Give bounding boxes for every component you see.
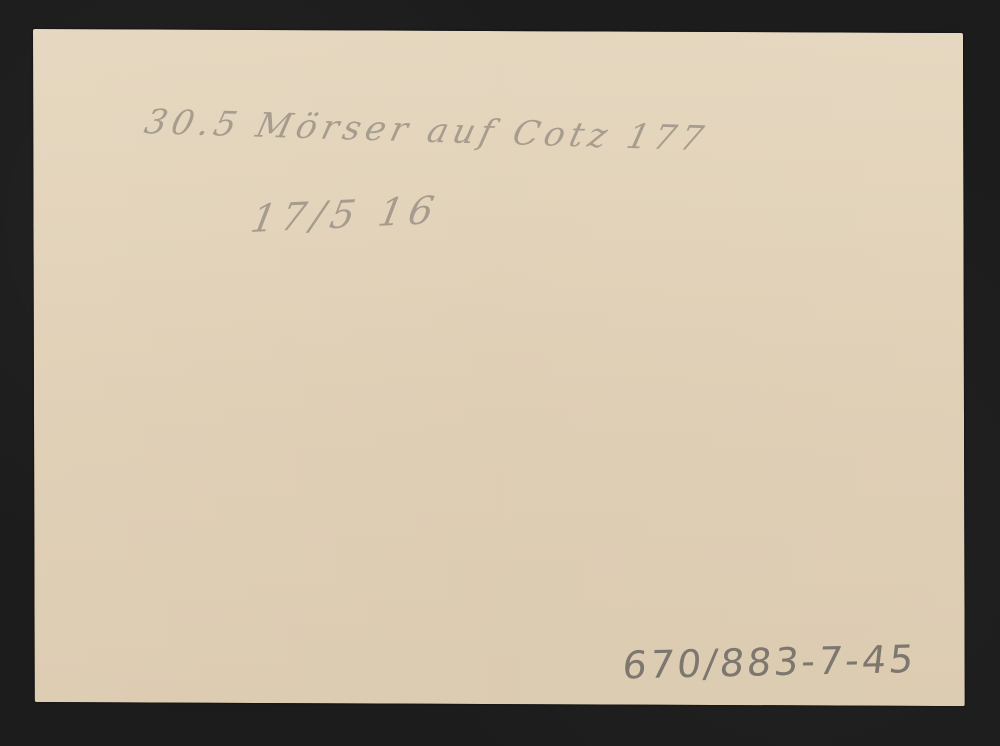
handwritten-caption: 30.5 Mörser auf Cotz 177 <box>141 102 712 159</box>
handwritten-date: 17/5 16 <box>247 188 443 241</box>
archive-reference-number: 670/883-7-45 <box>620 637 919 688</box>
archival-card: 30.5 Mörser auf Cotz 177 17/5 16 670/883… <box>33 29 965 706</box>
